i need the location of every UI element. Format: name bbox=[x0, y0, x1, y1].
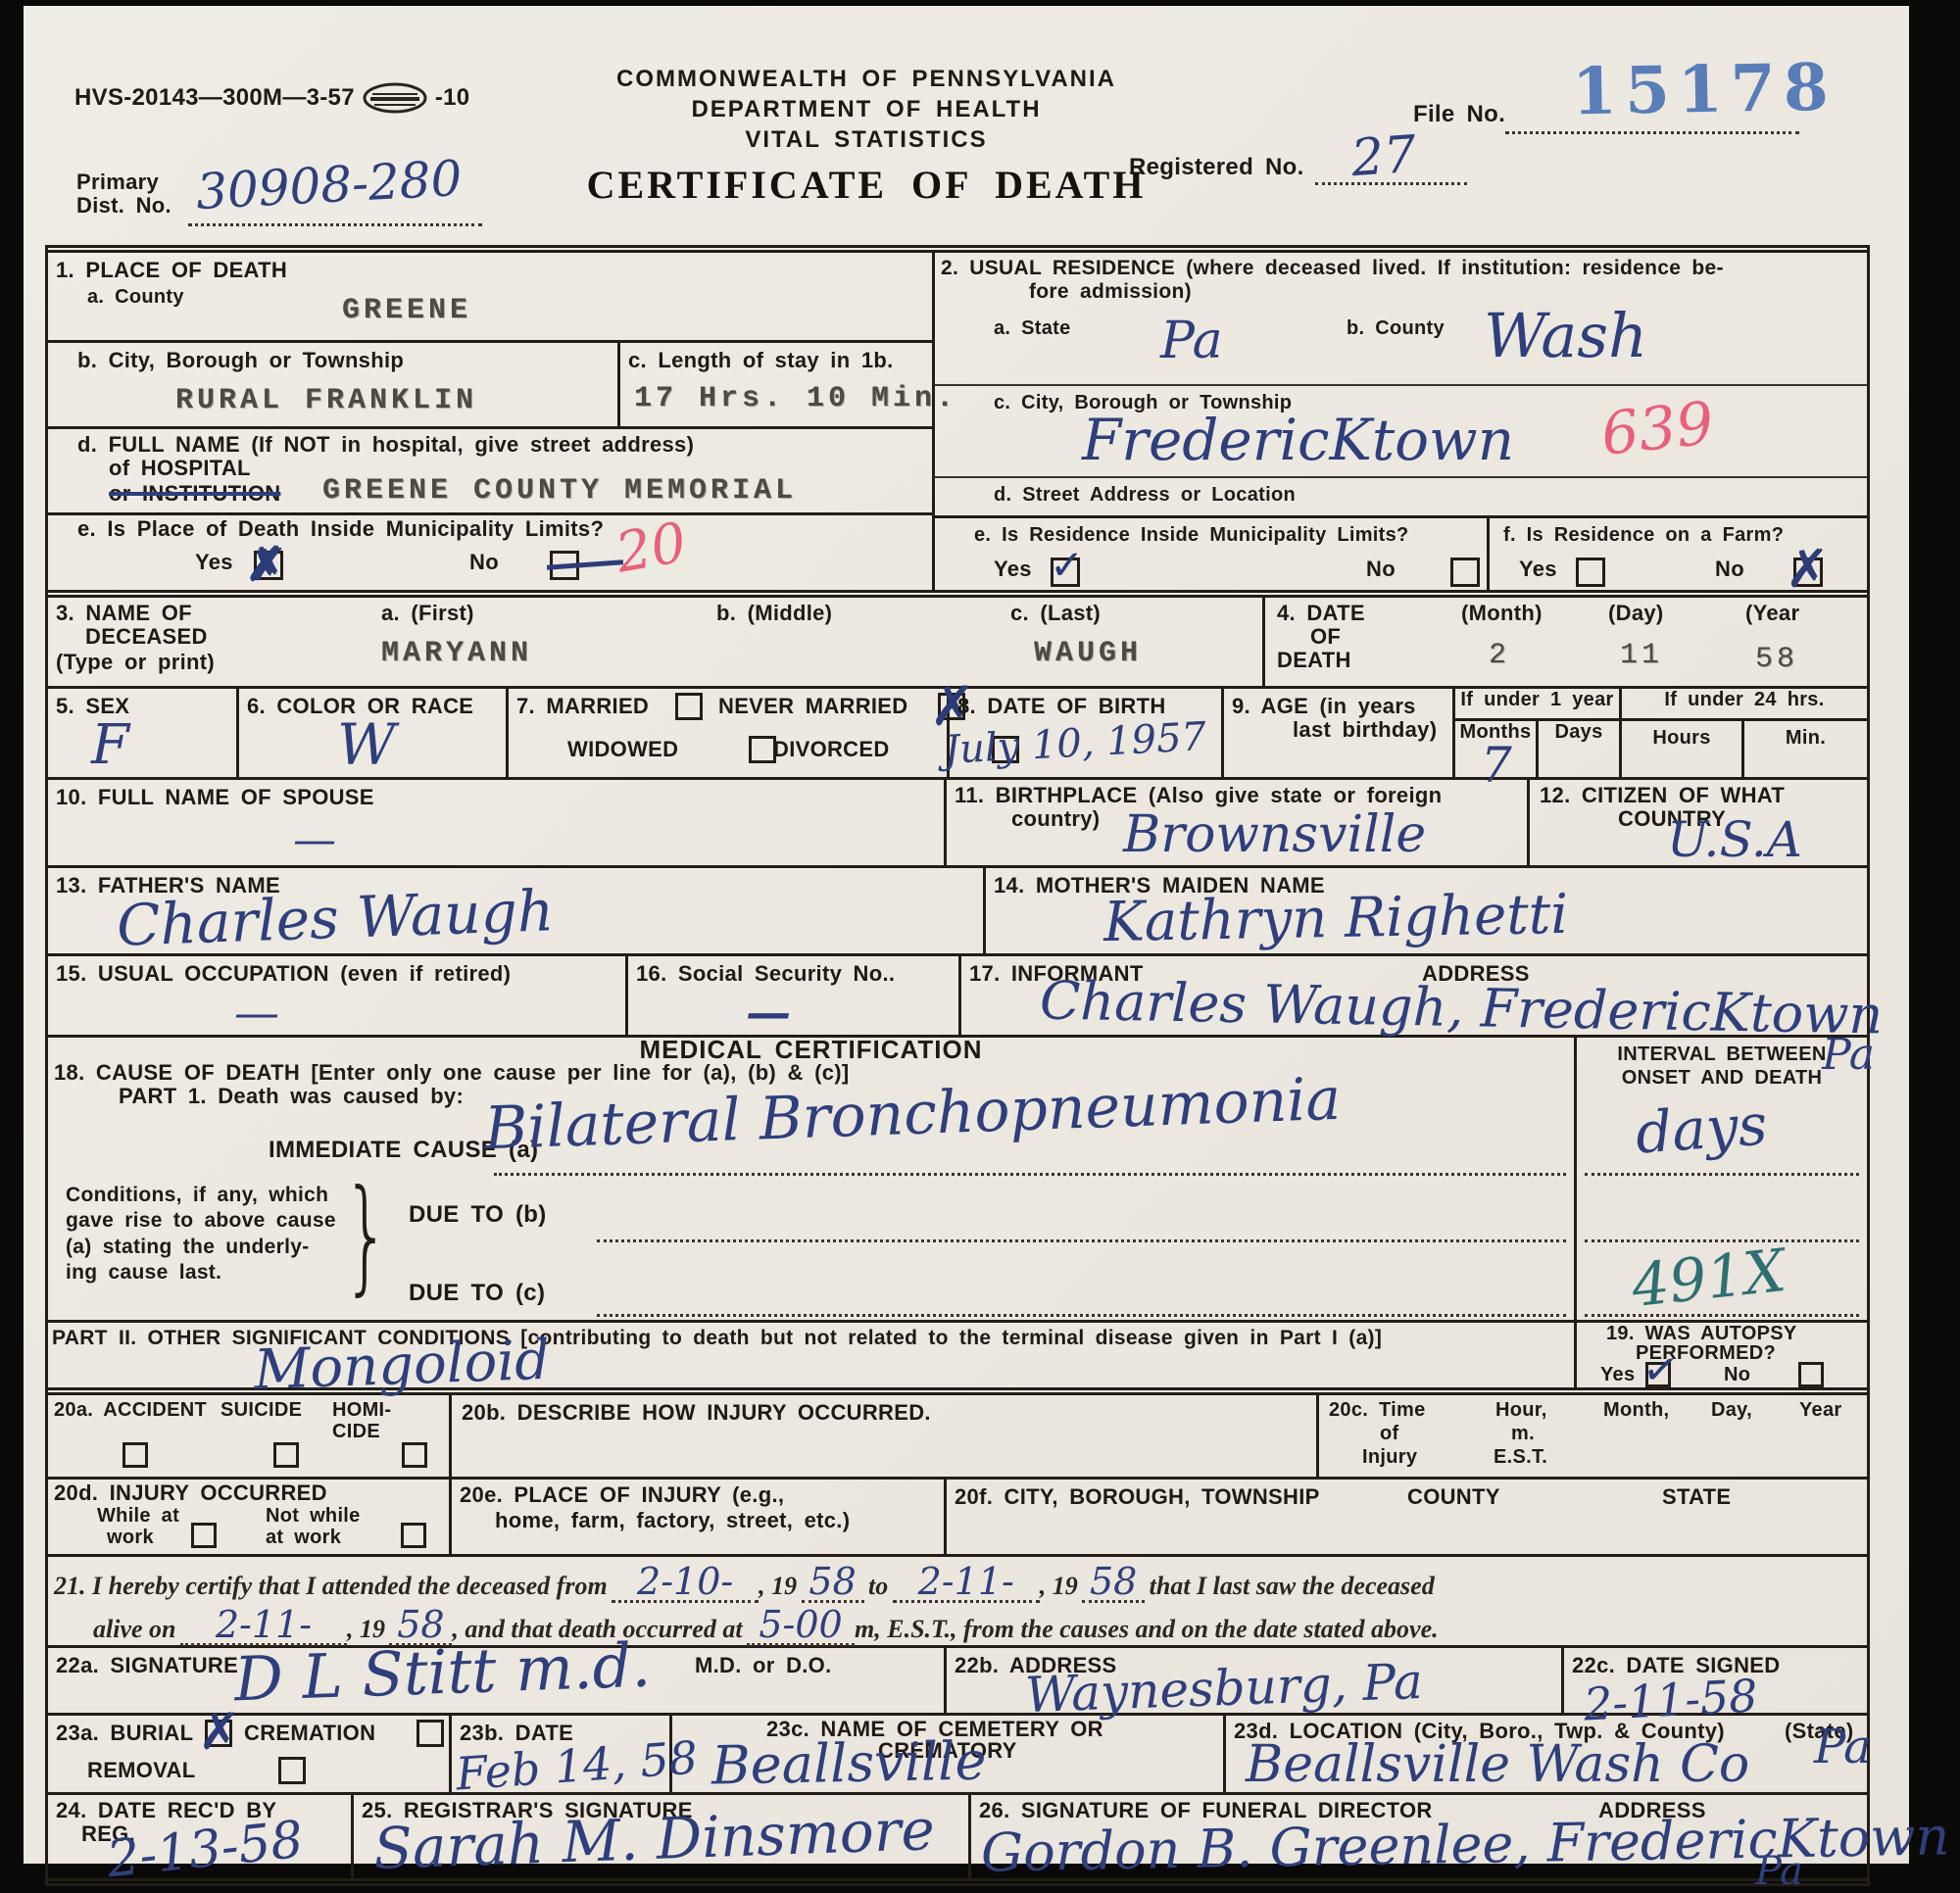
checkbox-7-widowed bbox=[749, 736, 776, 763]
row-occupation-ssn-informant: 15. USUAL OCCUPATION (even if retired) —… bbox=[48, 956, 1867, 1038]
field-25-value: Sarah M. Dinsmore bbox=[372, 1801, 935, 1877]
field-5-sex: 5. SEX F bbox=[48, 689, 239, 777]
section-3-title-2: DECEASED bbox=[85, 625, 208, 650]
field-3c-label: c. (Last) bbox=[1010, 602, 1101, 626]
under-24-hrs-header: If under 24 hrs. bbox=[1622, 689, 1867, 721]
field-22b-value: Waynesburg, Pa bbox=[1024, 1657, 1423, 1720]
field-22b-address: 22b. ADDRESS Waynesburg, Pa bbox=[947, 1648, 1564, 1713]
checkbox-20a-suicide bbox=[273, 1442, 299, 1468]
mark-2e-yes: ✓ bbox=[1050, 545, 1084, 586]
row-father-mother: 13. FATHER'S NAME Charles Waugh 14. MOTH… bbox=[48, 868, 1867, 956]
rule-top bbox=[48, 245, 1867, 253]
field-20c-of: of bbox=[1380, 1423, 1398, 1444]
section-3-label: 3. NAME OF DECEASED (Type or print) bbox=[48, 598, 322, 686]
field-4-year-value: 58 bbox=[1755, 643, 1798, 676]
certify-line-2: alive on 2-11-, 19 58, and that death oc… bbox=[93, 1606, 1439, 1646]
row-place-residence: 1. PLACE OF DEATH a. County GREENE b. Ci… bbox=[48, 253, 1867, 590]
field-26-value: Gordon B. Greenlee, FredericKtown bbox=[981, 1810, 1950, 1879]
part-2-conditions: PART II. OTHER SIGNIFICANT CONDITIONS [c… bbox=[48, 1323, 1577, 1387]
mark-2f-no: ✗ bbox=[1785, 543, 1829, 596]
row-24-26: 24. DATE REC'D BY REG. 2-13-58 25. REGIS… bbox=[48, 1795, 1867, 1878]
cause-a-line bbox=[494, 1173, 1566, 1176]
field-20d-work: work bbox=[107, 1527, 154, 1548]
age-hours-label: Hours bbox=[1622, 727, 1741, 749]
field-18-label-1: 18. CAUSE OF DEATH [Enter only one cause… bbox=[54, 1061, 850, 1086]
field-16-ssn: 16. Social Security No.. — bbox=[628, 956, 961, 1035]
section-2-title-1: 2. USUAL RESIDENCE (where deceased lived… bbox=[941, 257, 1724, 280]
checkbox-19-no bbox=[1798, 1362, 1824, 1387]
row-sex-race-marital-birth-age: 5. SEX F 6. COLOR OR RACE W 7. MARRIED N… bbox=[48, 689, 1867, 780]
field-19-yes-label: Yes bbox=[1600, 1364, 1635, 1385]
field-23a-removal-label: REMOVAL bbox=[87, 1759, 195, 1783]
field-4-month-label: (Month) bbox=[1461, 602, 1543, 626]
checkbox-2e-no bbox=[1450, 558, 1480, 587]
field-9-under-1-year: If under 1 year Months 7 Days bbox=[1455, 689, 1622, 777]
field-1c-value: 17 Hrs. 10 Min. bbox=[634, 382, 957, 415]
mark-19-yes: ✓ bbox=[1640, 1347, 1682, 1395]
field-4-day-value: 11 bbox=[1620, 639, 1663, 672]
field-1d-label-1: d. FULL NAME (If NOT in hospital, give s… bbox=[77, 433, 694, 458]
field-2d-label: d. Street Address or Location bbox=[994, 484, 1296, 506]
field-11-label-1: 11. BIRTHPLACE (Also give state or forei… bbox=[955, 784, 1442, 808]
field-20d-at-work: at work bbox=[266, 1527, 341, 1548]
field-22a-signature: 22a. SIGNATURE M.D. or D.O. D L Stitt m.… bbox=[48, 1648, 947, 1713]
field-1e-municipality: e. Is Place of Death Inside Municipality… bbox=[48, 515, 932, 590]
field-5-value: F bbox=[91, 718, 129, 773]
checkbox-1e-no bbox=[550, 551, 579, 580]
field-3c-value: WAUGH bbox=[1034, 637, 1142, 670]
field-2f-no-label: No bbox=[1715, 558, 1744, 582]
field-20c-time: 20c. Time bbox=[1329, 1399, 1426, 1421]
section-3-title-3: (Type or print) bbox=[56, 651, 215, 675]
field-23d-state-value: Pa bbox=[1814, 1723, 1872, 1771]
field-22c-value: 2-11-58 bbox=[1583, 1673, 1759, 1726]
field-9-under-24-hrs: If under 24 hrs. Hours Min. bbox=[1622, 689, 1867, 777]
interval-a-value: days bbox=[1634, 1095, 1769, 1161]
field-20c-m: m. bbox=[1511, 1423, 1535, 1444]
field-1d-hospital-name: d. FULL NAME (If NOT in hospital, give s… bbox=[48, 429, 932, 515]
field-20a-label-4: CIDE bbox=[332, 1421, 380, 1442]
field-4-year-label: (Year bbox=[1745, 602, 1799, 626]
field-20f-county-label: COUNTY bbox=[1407, 1485, 1500, 1510]
field-22c-date-signed: 22c. DATE SIGNED 2-11-58 bbox=[1564, 1648, 1867, 1713]
field-23c-cemetery: 23c. NAME OF CEMETERY OR CREMATORY Beall… bbox=[672, 1716, 1226, 1792]
dept-line-2: DEPARTMENT OF HEALTH bbox=[435, 97, 1298, 123]
field-12-value: U.S.A bbox=[1667, 815, 1802, 864]
field-20c-hour: Hour, bbox=[1495, 1399, 1547, 1421]
field-7-never-married-label: NEVER MARRIED bbox=[718, 695, 907, 719]
checkbox-23a-cremation bbox=[416, 1720, 444, 1747]
checkbox-19-yes: ✓ bbox=[1645, 1362, 1671, 1387]
field-2e-no-label: No bbox=[1366, 558, 1396, 582]
file-no-line bbox=[1505, 131, 1799, 134]
file-no-label: File No. bbox=[1413, 102, 1505, 128]
checkbox-20d-not-while bbox=[401, 1523, 426, 1548]
field-13-father: 13. FATHER'S NAME Charles Waugh bbox=[48, 868, 986, 953]
field-6-color-race: 6. COLOR OR RACE W bbox=[239, 689, 509, 777]
field-4-day-label: (Day) bbox=[1608, 602, 1664, 626]
checkbox-2f-no: ✗ bbox=[1793, 558, 1823, 587]
section-3-title-1: 3. NAME OF bbox=[56, 602, 192, 626]
checkbox-20a-homicide bbox=[402, 1442, 427, 1468]
conditions-line-2: gave rise to above cause bbox=[66, 1208, 336, 1234]
due-to-c-label: DUE TO (c) bbox=[409, 1281, 545, 1307]
mark-1e-yes: ✗ bbox=[247, 540, 285, 585]
certify-hw-to: 2-11- bbox=[893, 1563, 1040, 1603]
field-20c-month: Month, bbox=[1603, 1399, 1669, 1421]
conditions-line-3: (a) stating the underly- bbox=[66, 1235, 336, 1260]
field-19-no-label: No bbox=[1724, 1364, 1750, 1385]
field-20e-label-2: home, farm, factory, street, etc.) bbox=[495, 1509, 850, 1533]
certify-p5: that I last saw the deceased bbox=[1150, 1572, 1435, 1600]
header-center: COMMONWEALTH OF PENNSYLVANIA DEPARTMENT … bbox=[435, 67, 1298, 208]
section-2-usual-residence: 2. USUAL RESIDENCE (where deceased lived… bbox=[935, 253, 1867, 590]
field-15-occupation: 15. USUAL OCCUPATION (even if retired) — bbox=[48, 956, 628, 1035]
section-21-certify: 21. I hereby certify that I attended the… bbox=[48, 1557, 1867, 1645]
certify-hw-year2: 58 bbox=[1082, 1563, 1145, 1603]
row-2a-2b: a. State Pa b. County Wash bbox=[935, 308, 1867, 386]
section-4-title-3: DEATH bbox=[1277, 649, 1351, 673]
row-21-certification: 21. I hereby certify that I attended the… bbox=[48, 1557, 1867, 1648]
field-1d-label-2: of HOSPITAL bbox=[109, 457, 251, 481]
field-2c-value: FredericKtown bbox=[1082, 412, 1514, 468]
field-2e-municipality: e. Is Residence Inside Municipality Limi… bbox=[935, 518, 1490, 590]
section-18-cause-of-death: MEDICAL CERTIFICATION 18. CAUSE OF DEATH… bbox=[48, 1038, 1577, 1320]
row-22-signature: 22a. SIGNATURE M.D. or D.O. D L Stitt m.… bbox=[48, 1648, 1867, 1716]
union-bug-icon bbox=[363, 80, 427, 116]
conditions-brace: } bbox=[343, 1163, 391, 1307]
row-2e-2f: e. Is Residence Inside Municipality Limi… bbox=[935, 515, 1867, 590]
conditions-line-1: Conditions, if any, which bbox=[66, 1183, 336, 1208]
field-13-value: Charles Waugh bbox=[116, 882, 555, 954]
field-1e-no-label: No bbox=[469, 551, 499, 575]
field-20d-label: 20d. INJURY OCCURRED bbox=[54, 1481, 327, 1506]
part-2-value: Mongoloid bbox=[253, 1334, 551, 1399]
certify-p4: , 19 bbox=[1040, 1572, 1078, 1600]
field-1e-yes-label: Yes bbox=[195, 551, 233, 575]
field-11-label-2: country) bbox=[1011, 807, 1100, 832]
red-note-639: 639 bbox=[1598, 394, 1716, 464]
field-20b-describe-injury: 20b. DESCRIBE HOW INJURY OCCURRED. bbox=[452, 1395, 1319, 1477]
section-1-place-of-death: 1. PLACE OF DEATH a. County GREENE b. Ci… bbox=[48, 253, 935, 590]
checkbox-23a-removal bbox=[278, 1757, 306, 1784]
field-20d-while-at: While at bbox=[97, 1505, 179, 1527]
row-spouse-birthplace-citizen: 10. FULL NAME OF SPOUSE — 11. BIRTHPLACE… bbox=[48, 780, 1867, 868]
field-20b-label: 20b. DESCRIBE HOW INJURY OCCURRED. bbox=[462, 1401, 931, 1426]
conditions-note: Conditions, if any, which gave rise to a… bbox=[66, 1183, 336, 1286]
certify-p6: alive on bbox=[93, 1615, 176, 1643]
section-2-title-2: fore admission) bbox=[1029, 280, 1192, 304]
field-23a-cremation-label: CREMATION bbox=[244, 1722, 375, 1746]
field-7-marital-status: 7. MARRIED NEVER MARRIED ✗ WIDOWED DIVOR… bbox=[509, 689, 950, 777]
cause-c-line bbox=[597, 1314, 1566, 1317]
certify-hw-time: 5-00 bbox=[747, 1606, 855, 1646]
certify-p2: , 19 bbox=[759, 1572, 797, 1600]
form-number: HVS-20143—300M—3-57 bbox=[74, 85, 355, 112]
interval-a-line bbox=[1585, 1173, 1859, 1176]
field-20c-time-of-injury: 20c. Time of Injury Hour, m. E.S.T. Mont… bbox=[1319, 1395, 1867, 1477]
checkbox-7-married bbox=[675, 693, 703, 720]
field-1b-label: b. City, Borough or Township bbox=[77, 349, 404, 373]
dept-line-1: COMMONWEALTH OF PENNSYLVANIA bbox=[435, 67, 1298, 93]
checkbox-2e-yes: ✓ bbox=[1051, 558, 1080, 587]
section-1-title: 1. PLACE OF DEATH bbox=[56, 259, 287, 283]
field-3b-middle-name: b. (Middle) bbox=[687, 598, 1001, 686]
field-1d-value: GREENE COUNTY MEMORIAL bbox=[322, 474, 797, 508]
field-20c-est: E.S.T. bbox=[1494, 1446, 1547, 1468]
field-25-registrar: 25. REGISTRAR'S SIGNATURE Sarah M. Dinsm… bbox=[354, 1795, 971, 1878]
field-2b-value: Wash bbox=[1484, 306, 1647, 366]
field-3b-label: b. (Middle) bbox=[716, 602, 832, 626]
field-20d-not-while: Not while bbox=[266, 1505, 361, 1527]
row-20def: 20d. INJURY OCCURRED While at work Not w… bbox=[48, 1480, 1867, 1557]
certify-p1: 21. I hereby certify that I attended the… bbox=[54, 1572, 608, 1600]
field-23a-burial-label: 23a. BURIAL bbox=[56, 1722, 193, 1746]
file-no-stamp: 15178 bbox=[1571, 49, 1837, 130]
field-3c-last-name: c. (Last) WAUGH bbox=[1001, 598, 1265, 686]
field-3a-label: a. (First) bbox=[381, 602, 474, 626]
scanned-death-certificate: HVS-20143—300M—3-57 -10 COMMONWEALTH OF … bbox=[0, 0, 1960, 1893]
under-1-year-header: If under 1 year bbox=[1455, 689, 1619, 721]
checkbox-23a-burial: ✗ bbox=[205, 1720, 232, 1747]
field-1c-label: c. Length of stay in 1b. bbox=[628, 349, 894, 373]
field-10-spouse: 10. FULL NAME OF SPOUSE — bbox=[48, 780, 947, 865]
row-20abc: 20a. ACCIDENT SUICIDE HOMI- CIDE 20b. DE… bbox=[48, 1395, 1867, 1480]
field-17-value: Charles Waugh, FredericKtown bbox=[1040, 974, 1884, 1042]
field-20a-label-3: HOMI- bbox=[332, 1399, 391, 1421]
field-9-label-2: last birthday) bbox=[1293, 718, 1437, 743]
primary-dist-value: 30908-280 bbox=[195, 154, 464, 217]
age-days-col: Days bbox=[1539, 721, 1619, 777]
field-9-age: 9. AGE (in years last birthday) bbox=[1224, 689, 1455, 777]
mark-1e-no-stroke bbox=[547, 559, 623, 569]
field-2f-yes-label: Yes bbox=[1519, 558, 1557, 582]
field-22a-value: D L Stitt m.d. bbox=[233, 1635, 652, 1711]
field-2e-yes-label: Yes bbox=[994, 558, 1032, 582]
field-14-mother: 14. MOTHER'S MAIDEN NAME Kathryn Righett… bbox=[986, 868, 1867, 953]
field-7-married-label: 7. MARRIED bbox=[516, 695, 649, 719]
field-2a-value: Pa bbox=[1160, 315, 1223, 366]
field-14-value: Kathryn Righetti bbox=[1103, 888, 1569, 950]
field-20c-year: Year bbox=[1799, 1399, 1841, 1421]
cause-code-491x: 491X bbox=[1629, 1241, 1788, 1316]
age-min-col: Min. bbox=[1744, 721, 1867, 777]
field-12-citizen: 12. CITIZEN OF WHAT COUNTRY U.S.A bbox=[1530, 780, 1867, 865]
md-do-label: M.D. or D.O. bbox=[695, 1654, 832, 1678]
field-23d-location: 23d. LOCATION (City, Boro., Twp. & Count… bbox=[1226, 1716, 1867, 1792]
field-1c-length-of-stay: c. Length of stay in 1b. 17 Hrs. 10 Min. bbox=[620, 343, 932, 426]
field-1d-label-3: or INSTITUTION bbox=[109, 482, 280, 507]
field-1e-label: e. Is Place of Death Inside Municipality… bbox=[77, 517, 604, 542]
field-20a-accident: 20a. ACCIDENT SUICIDE HOMI- CIDE bbox=[48, 1395, 452, 1477]
field-9-label-1: 9. AGE (in years bbox=[1232, 695, 1416, 719]
field-20a-label-1: 20a. ACCIDENT bbox=[54, 1399, 207, 1421]
conditions-line-4: ing cause last. bbox=[66, 1260, 336, 1286]
field-23c-value: Beallsville bbox=[711, 1735, 987, 1793]
certify-p3: to bbox=[868, 1572, 888, 1600]
certify-p9: m, E.S.T., from the causes and on the da… bbox=[855, 1615, 1439, 1643]
field-3a-first-name: a. (First) MARYANN bbox=[322, 598, 687, 686]
field-23d-value: Beallsville Wash Co bbox=[1246, 1739, 1749, 1790]
field-1a-label: a. County bbox=[87, 286, 184, 308]
field-15-value: — bbox=[234, 990, 279, 1035]
certify-line-1: 21. I hereby certify that I attended the… bbox=[54, 1563, 1435, 1603]
field-20e-place-of-injury: 20e. PLACE OF INJURY (e.g., home, farm, … bbox=[452, 1480, 947, 1554]
field-2f-farm: f. Is Residence on a Farm? Yes No ✗ bbox=[1490, 518, 1867, 590]
field-15-label: 15. USUAL OCCUPATION (even if retired) bbox=[56, 962, 511, 987]
due-to-b-label: DUE TO (b) bbox=[409, 1202, 547, 1229]
section-4-title-1: 4. DATE bbox=[1277, 602, 1365, 626]
field-23a-disposition: 23a. BURIAL ✗ CREMATION REMOVAL bbox=[48, 1716, 452, 1792]
field-20c-day: Day, bbox=[1711, 1399, 1752, 1421]
field-20d-injury-occurred: 20d. INJURY OCCURRED While at work Not w… bbox=[48, 1480, 452, 1554]
red-note-20: 20 bbox=[612, 515, 691, 582]
field-20a-label-2: SUICIDE bbox=[220, 1399, 302, 1421]
certify-hw-year1: 58 bbox=[802, 1563, 864, 1603]
field-7-divorced-label: DIVORCED bbox=[773, 738, 890, 762]
certificate-paper: HVS-20143—300M—3-57 -10 COMMONWEALTH OF … bbox=[24, 6, 1909, 1864]
section-2-title-block: 2. USUAL RESIDENCE (where deceased lived… bbox=[935, 253, 1867, 308]
field-10-value: — bbox=[293, 819, 336, 862]
interval-column: INTERVAL BETWEEN ONSET AND DEATH Pa days… bbox=[1577, 1038, 1867, 1320]
field-24-date-received: 24. DATE REC'D BY REG. 2-13-58 bbox=[48, 1795, 354, 1878]
field-1a-county: 1. PLACE OF DEATH a. County GREENE bbox=[48, 253, 932, 343]
field-20c-injury: Injury bbox=[1362, 1446, 1417, 1468]
registered-no-label: Registered No. bbox=[1129, 155, 1304, 181]
field-22a-label: 22a. SIGNATURE bbox=[56, 1654, 238, 1678]
field-20f-label: 20f. CITY, BOROUGH, TOWNSHIP bbox=[955, 1485, 1320, 1510]
field-1a-value: GREENE bbox=[342, 294, 471, 327]
mark-23a-burial: ✗ bbox=[198, 1707, 241, 1758]
field-7-widowed-label: WIDOWED bbox=[567, 738, 678, 762]
field-20e-label-1: 20e. PLACE OF INJURY (e.g., bbox=[460, 1483, 784, 1508]
row-part2-autopsy: PART II. OTHER SIGNIFICANT CONDITIONS [c… bbox=[48, 1323, 1867, 1387]
field-2a-label: a. State bbox=[994, 317, 1071, 339]
row-2d: d. Street Address or Location bbox=[935, 478, 1867, 515]
field-16-value: — bbox=[746, 990, 791, 1035]
field-26-funeral-director: 26. SIGNATURE OF FUNERAL DIRECTOR ADDRES… bbox=[971, 1795, 1867, 1878]
age-days-label: Days bbox=[1539, 721, 1619, 743]
field-2e-label: e. Is Residence Inside Municipality Limi… bbox=[974, 524, 1409, 546]
dept-line-3: VITAL STATISTICS bbox=[435, 127, 1298, 154]
field-8-label: 8. DATE OF BIRTH bbox=[957, 695, 1166, 719]
field-8-date-of-birth: 8. DATE OF BIRTH July 10, 1957 bbox=[950, 689, 1224, 777]
primary-label-1: Primary bbox=[76, 170, 159, 195]
certify-hw-from: 2-10- bbox=[612, 1563, 759, 1603]
checkbox-20a-accident bbox=[122, 1442, 148, 1468]
cause-b-line bbox=[597, 1239, 1566, 1242]
age-min-label: Min. bbox=[1744, 727, 1867, 749]
field-8-value: July 10, 1957 bbox=[943, 717, 1207, 770]
row-2c: c. City, Borough or Township FredericKto… bbox=[935, 386, 1867, 478]
field-2b-label: b. County bbox=[1347, 317, 1445, 339]
field-20f-state-label: STATE bbox=[1662, 1485, 1731, 1510]
field-1b-city: b. City, Borough or Township RURAL FRANK… bbox=[48, 343, 620, 426]
age-hours-col: Hours bbox=[1622, 721, 1744, 777]
registered-no-value: 27 bbox=[1349, 129, 1418, 184]
primary-label-2: Dist. No. bbox=[76, 194, 171, 218]
age-months-col: Months 7 bbox=[1455, 721, 1539, 777]
field-17-informant: 17. INFORMANT ADDRESS Charles Waugh, Fre… bbox=[961, 956, 1867, 1035]
checkbox-2f-yes bbox=[1576, 558, 1605, 587]
section-4-date-of-death: 4. DATE OF DEATH (Month) (Day) (Year 2 1… bbox=[1265, 598, 1867, 686]
field-23b-date: 23b. DATE Feb 14, 58 bbox=[452, 1716, 672, 1792]
field-16-label: 16. Social Security No.. bbox=[636, 962, 895, 987]
part-2-label: PART II. OTHER SIGNIFICANT CONDITIONS [c… bbox=[52, 1327, 1382, 1350]
rule-bottom bbox=[48, 1878, 1867, 1886]
row-cause-of-death: MEDICAL CERTIFICATION 18. CAUSE OF DEATH… bbox=[48, 1038, 1867, 1323]
field-3a-value: MARYANN bbox=[381, 637, 532, 670]
field-11-birthplace: 11. BIRTHPLACE (Also give state or forei… bbox=[947, 780, 1530, 865]
field-11-value: Brownsville bbox=[1123, 809, 1426, 860]
rule-after-residence bbox=[48, 590, 1867, 598]
primary-dist-line bbox=[188, 223, 482, 226]
checkbox-1e-yes: ✗ bbox=[254, 551, 283, 580]
field-6-value: W bbox=[337, 716, 396, 773]
field-20f-city-county-state: 20f. CITY, BOROUGH, TOWNSHIP COUNTY STAT… bbox=[947, 1480, 1867, 1554]
field-2f-label: f. Is Residence on a Farm? bbox=[1503, 524, 1784, 546]
field-4-month-value: 2 bbox=[1489, 639, 1510, 672]
form-number-line: HVS-20143—300M—3-57 -10 bbox=[74, 80, 469, 116]
field-26-state-value: Pa bbox=[1755, 1852, 1803, 1891]
field-1b-value: RURAL FRANKLIN bbox=[175, 384, 477, 417]
field-12-label-1: 12. CITIZEN OF WHAT bbox=[1540, 784, 1785, 808]
interval-c-line bbox=[1585, 1314, 1859, 1317]
section-19-autopsy: 19. WAS AUTOPSY PERFORMED? Yes ✓ No bbox=[1577, 1323, 1867, 1387]
section-4-title-2: OF bbox=[1310, 625, 1341, 650]
row-1b-1c: b. City, Borough or Township RURAL FRANK… bbox=[48, 343, 932, 429]
field-10-label: 10. FULL NAME OF SPOUSE bbox=[56, 786, 374, 810]
checkbox-20d-while bbox=[191, 1523, 217, 1548]
field-18-label-2: PART 1. Death was caused by: bbox=[119, 1085, 464, 1109]
certificate-form: 1. PLACE OF DEATH a. County GREENE b. Ci… bbox=[45, 245, 1870, 1886]
